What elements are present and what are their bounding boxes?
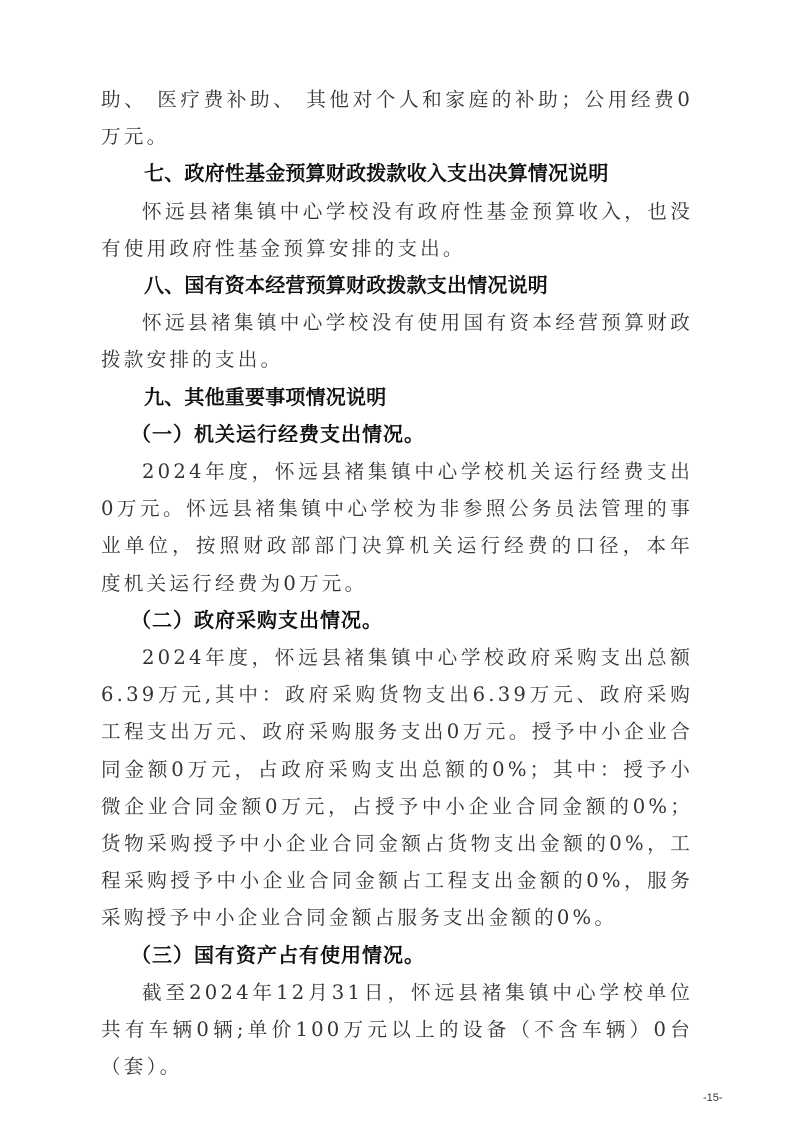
paragraph-operating-expenses: 2024年度，怀远县褚集镇中心学校机关运行经费支出0万元。怀远县褚集镇中心学校为… <box>101 453 693 602</box>
subheading-government-procurement: （二）政府采购支出情况。 <box>101 602 693 639</box>
paragraph-section-8: 怀远县褚集镇中心学校没有使用国有资本经营预算财政拨款安排的支出。 <box>101 304 693 378</box>
paragraph-state-assets: 截至2024年12月31日，怀远县褚集镇中心学校单位共有车辆0辆;单价100万元… <box>101 974 693 1086</box>
subheading-operating-expenses: （一）机关运行经费支出情况。 <box>101 416 693 453</box>
section-heading-8: 八、国有资本经营预算财政拨款支出情况说明 <box>101 267 693 304</box>
page-content: 助、 医疗费补助、 其他对个人和家庭的补助；公用经费0万元。 七、政府性基金预算… <box>101 81 693 1085</box>
document-page: 助、 医疗费补助、 其他对个人和家庭的补助；公用经费0万元。 七、政府性基金预算… <box>0 0 793 1122</box>
subheading-state-assets: （三）国有资产占有使用情况。 <box>101 937 693 974</box>
page-number: -15- <box>703 1092 723 1104</box>
paragraph-government-procurement: 2024年度，怀远县褚集镇中心学校政府采购支出总额6.39万元,其中：政府采购货… <box>101 639 693 937</box>
section-heading-9: 九、其他重要事项情况说明 <box>101 379 693 416</box>
section-heading-7: 七、政府性基金预算财政拨款收入支出决算情况说明 <box>101 155 693 192</box>
paragraph-section-7: 怀远县褚集镇中心学校没有政府性基金预算收入，也没有使用政府性基金预算安排的支出。 <box>101 193 693 267</box>
paragraph-continuation: 助、 医疗费补助、 其他对个人和家庭的补助；公用经费0万元。 <box>101 81 693 155</box>
